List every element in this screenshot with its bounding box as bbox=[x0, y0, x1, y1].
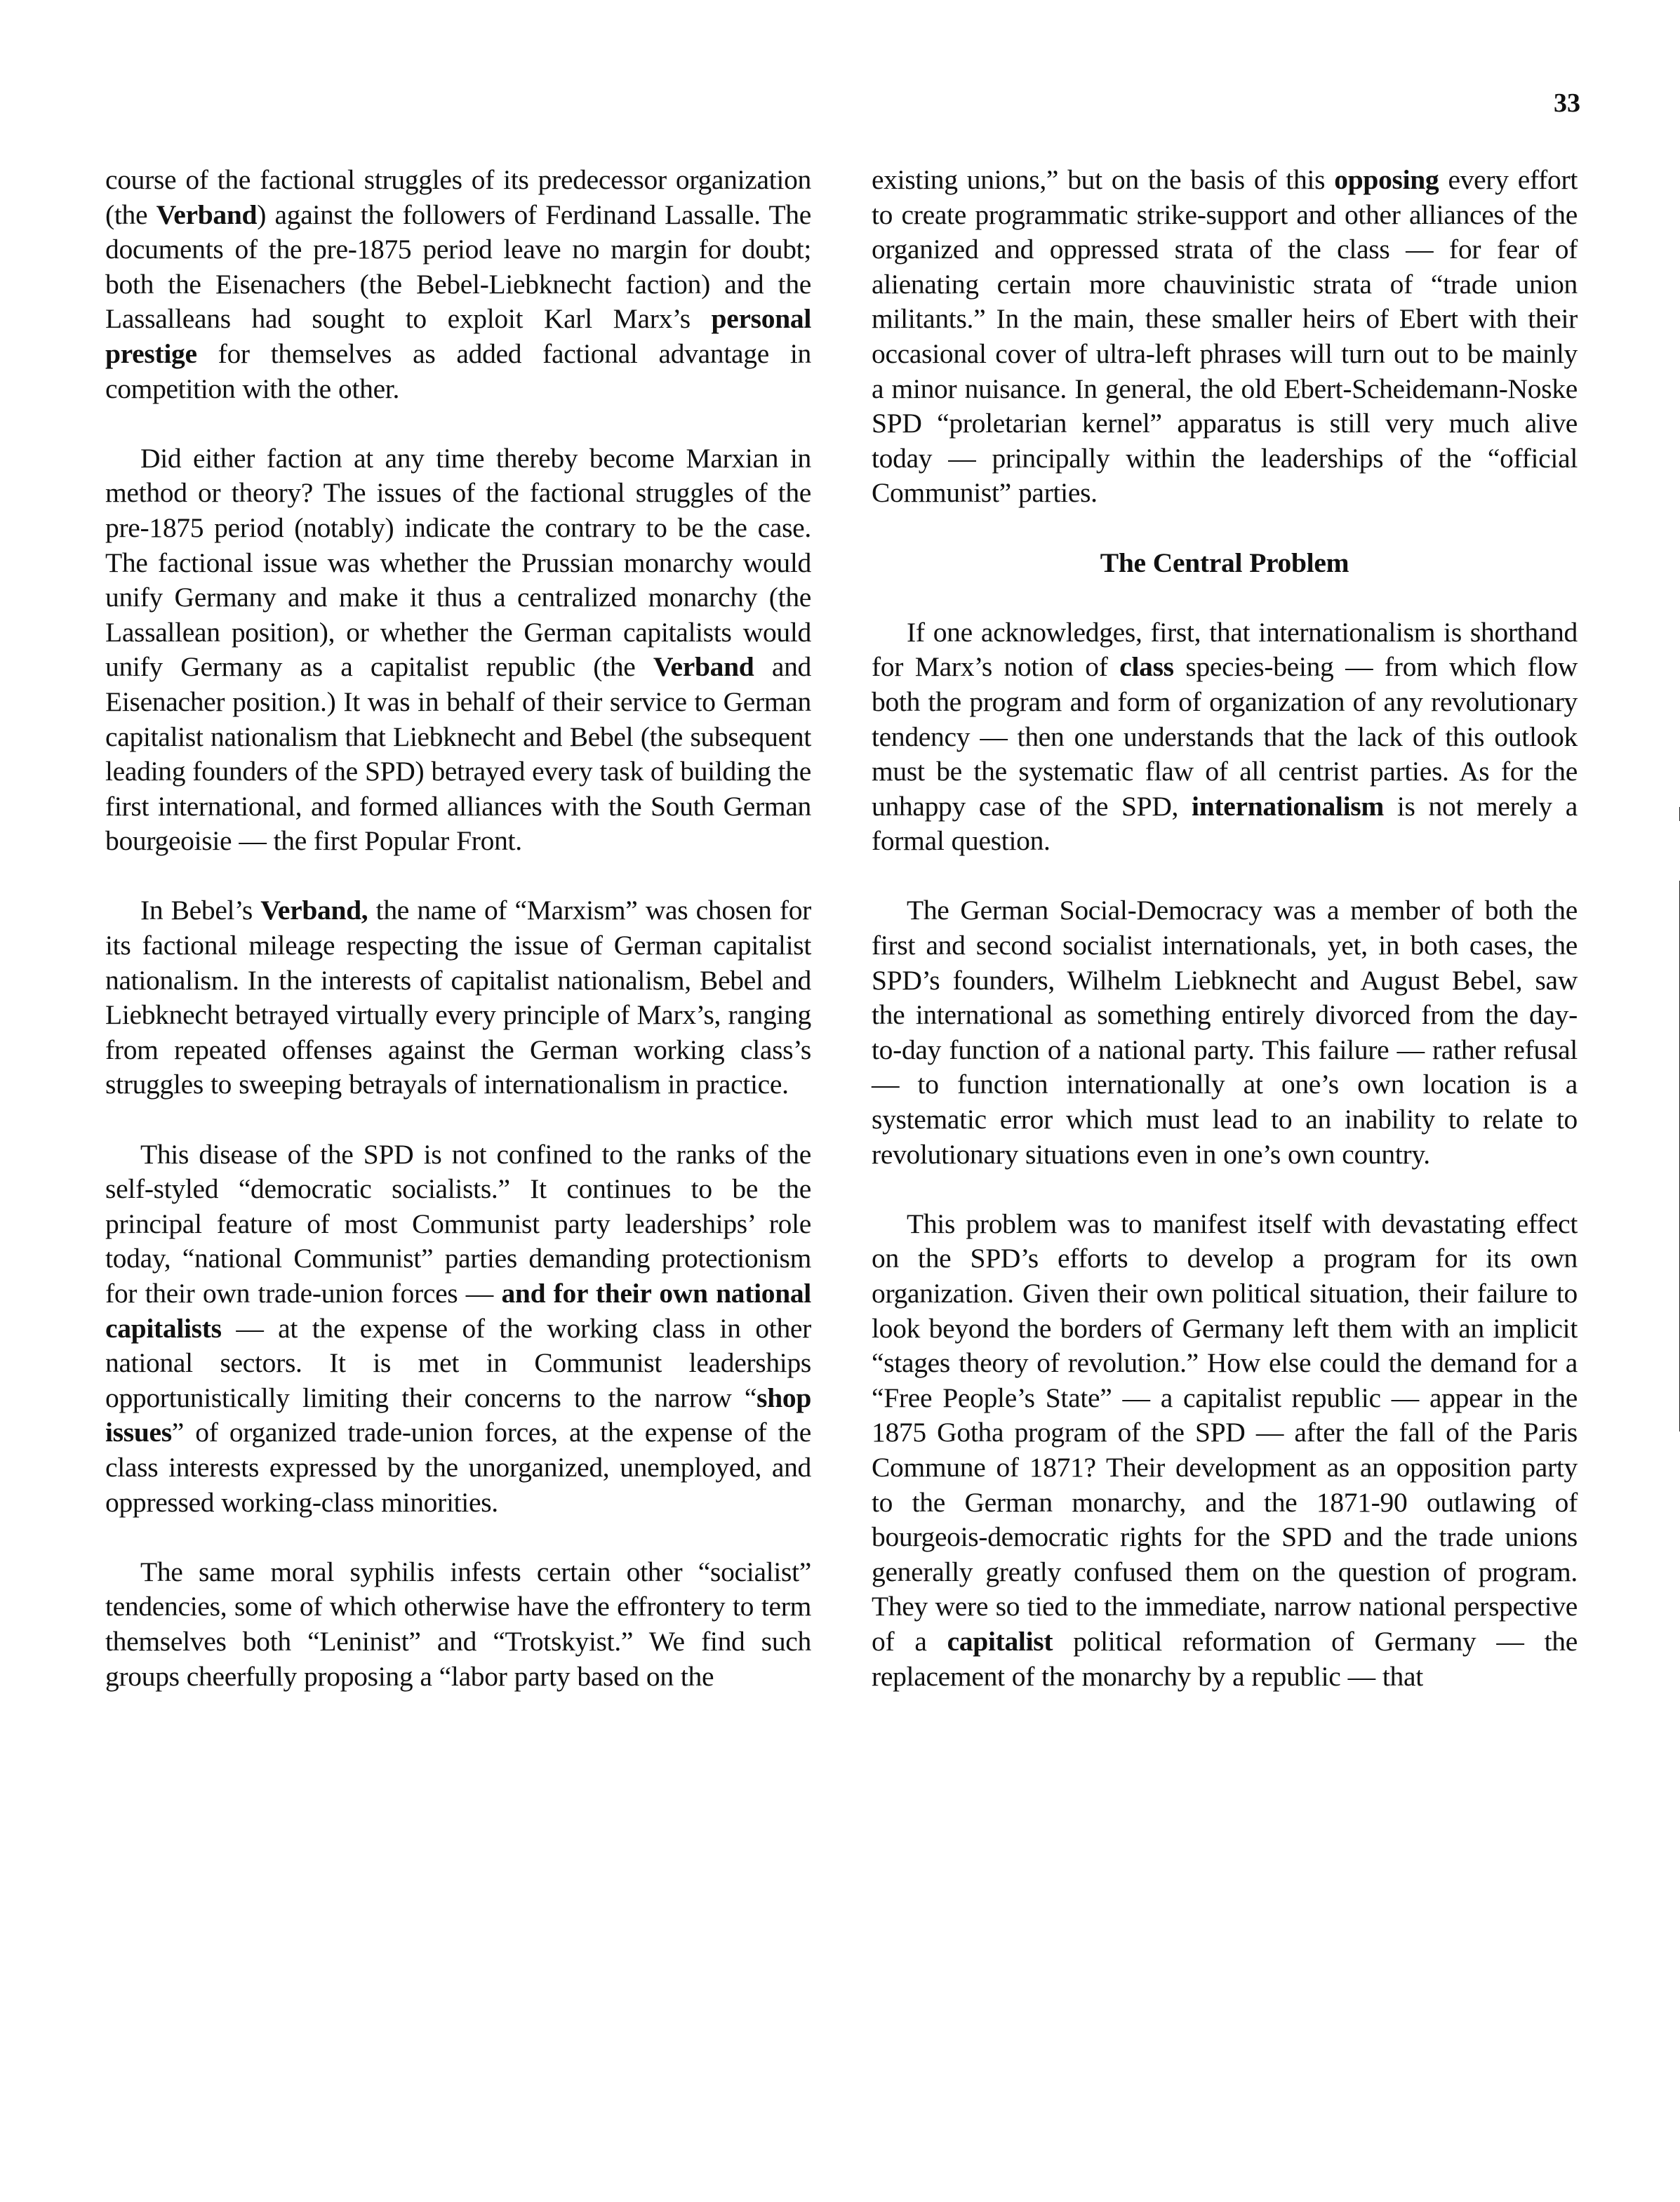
paragraph: In Bebel’s Verband, the name of “Marxism… bbox=[105, 893, 811, 1102]
body-text: The German Social-Democracy was a member… bbox=[872, 895, 1578, 1169]
body-text: every effort to create programmatic stri… bbox=[872, 164, 1578, 508]
body-text: In Bebel’s bbox=[140, 895, 260, 926]
emphasis-text: Verband bbox=[653, 651, 754, 682]
emphasis-text: class bbox=[1119, 651, 1174, 682]
body-text: existing unions,” but on the basis of th… bbox=[872, 164, 1334, 195]
emphasis-text: opposing bbox=[1334, 164, 1439, 195]
emphasis-text: Verband, bbox=[260, 895, 368, 926]
paragraph: The same moral syphilis infests certain … bbox=[105, 1555, 811, 1694]
left-column: course of the factional struggles of its… bbox=[105, 163, 811, 1729]
emphasis-text: capitalist bbox=[947, 1626, 1053, 1657]
body-text: for themselves as added factional advant… bbox=[105, 338, 811, 404]
paragraph: If one acknowledges, first, that interna… bbox=[872, 615, 1578, 859]
page-number: 33 bbox=[1554, 90, 1580, 116]
body-text: ” of organized trade-union forces, at th… bbox=[105, 1417, 811, 1517]
body-text: The same moral syphilis infests certain … bbox=[105, 1556, 811, 1692]
paragraph: The German Social-Democracy was a member… bbox=[872, 893, 1578, 1172]
right-column: existing unions,” but on the basis of th… bbox=[872, 163, 1578, 1729]
body-text: Did either faction at any time thereby b… bbox=[105, 443, 811, 683]
section-heading: The Central Problem bbox=[872, 546, 1578, 581]
emphasis-text: Verband bbox=[156, 199, 258, 230]
emphasis-text: internationalism bbox=[1192, 791, 1384, 822]
paragraph: existing unions,” but on the basis of th… bbox=[872, 163, 1578, 511]
body-text: This problem was to manifest itself with… bbox=[872, 1208, 1578, 1657]
paragraph: This problem was to manifest itself with… bbox=[872, 1207, 1578, 1694]
paragraph: course of the factional struggles of its… bbox=[105, 163, 811, 406]
paragraph: This disease of the SPD is not confined … bbox=[105, 1137, 811, 1521]
paragraph: Did either faction at any time thereby b… bbox=[105, 441, 811, 859]
